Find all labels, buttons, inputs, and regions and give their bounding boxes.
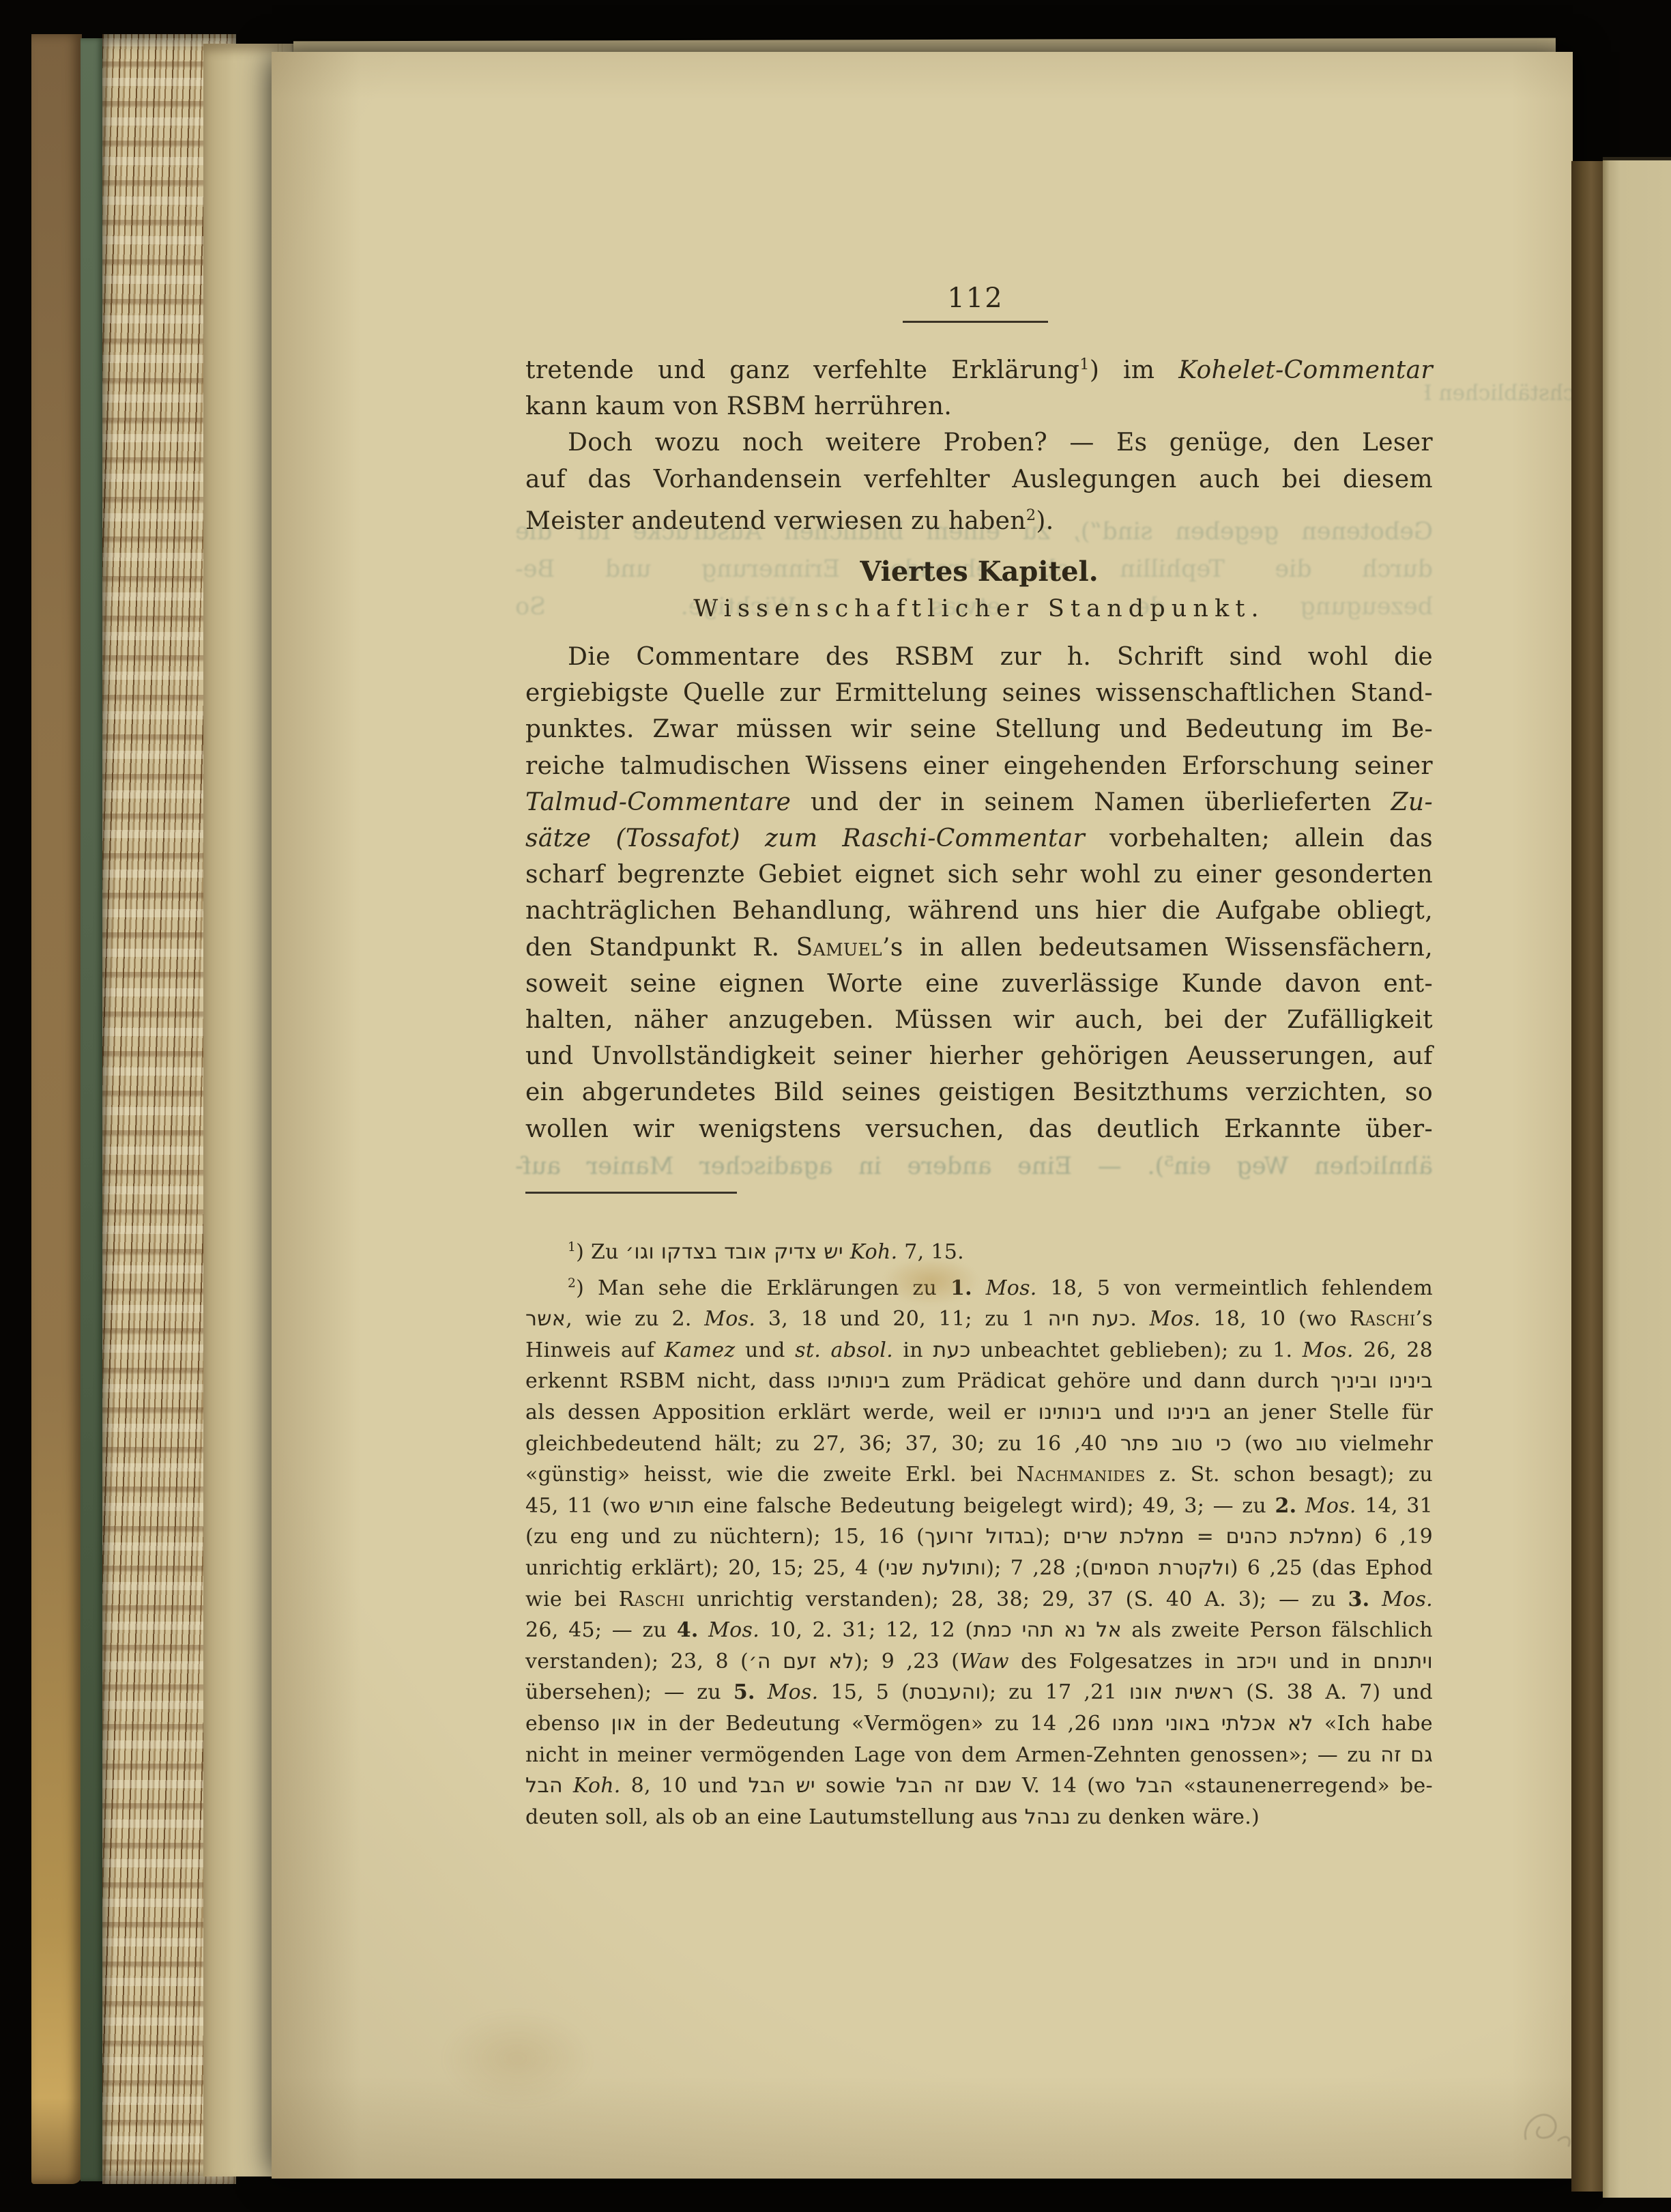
footnote-block: 1) Zu יש צדיק אובד בצדקו וגו׳ Koh. 7, 15…	[525, 1232, 1433, 1833]
paper-stain	[883, 1257, 978, 1305]
book-cover-edge	[31, 34, 82, 2184]
page-number-rule	[903, 321, 1048, 323]
footnote-text-line: 26, 45; — zu 4. Mos. 10, 2. 31; 12, 12 (…	[525, 1615, 1433, 1646]
footnote-text-line: verstanden); 23, 8 (לא זעם ה׳); 23, 9 (W…	[525, 1646, 1433, 1678]
body-text-line: punktes. Zwar müssen wir seine Stellung …	[525, 711, 1433, 747]
footnote-text-line: «günstig» heisst, wie die zweite Erkl. b…	[525, 1459, 1433, 1491]
body-text-line: Talmud-Commentare und der in seinem Name…	[525, 784, 1433, 820]
body-text-line: den Standpunkt R. Samuel’s in allen bede…	[525, 930, 1433, 966]
body-text-line: und Unvollständigkeit seiner hierher geh…	[525, 1038, 1433, 1074]
book-cloth-edge	[81, 38, 104, 2181]
book-fore-edge-stack	[31, 34, 272, 2184]
footnote-text-line: הבל Koh. 8, 10 und יש הבל sowie שגם זה ה…	[525, 1770, 1433, 1802]
chapter-subtitle: Wissenschaftlicher Standpunkt.	[525, 595, 1433, 622]
footnote-text-line: Hinweis auf Kamez und st. absol. in כעת …	[525, 1335, 1433, 1366]
body-text-line: soweit seine eignen Worte eine zuverläss…	[525, 966, 1433, 1002]
body-text-line: ein abgerundetes Bild seines geistigen B…	[525, 1074, 1433, 1110]
footnote-text-line: erkennt RSBM nicht, dass בינותינו zum Pr…	[525, 1366, 1433, 1397]
footnote-text-line: übersehen); — zu 5. Mos. 15, 5 (והעבטת);…	[525, 1677, 1433, 1708]
footnote-text-line: 45, 11 (wo תורש eine falsche Bedeutung b…	[525, 1491, 1433, 1522]
body-text-line: scharf begrenzte Gebiet eignet sich sehr…	[525, 857, 1433, 893]
body-paragraph-block: tretende und ganz verfehlte Erklärung1) …	[525, 347, 1433, 539]
body-text-line: Die Commentare des RSBM zur h. Schrift s…	[525, 639, 1433, 675]
footnote-text-line: wie bei Raschi unrichtig verstanden); 28…	[525, 1584, 1433, 1615]
book-page: Gebotenen gegeben sind“), zu einem bildl…	[272, 52, 1573, 2179]
body-text-line: wollen wir wenigstens versuchen, das deu…	[525, 1111, 1433, 1147]
footnote-text-line: (zu eng und zu nüchtern); 15, 16 (בגדול …	[525, 1521, 1433, 1553]
footnote-text-line: als dessen Apposition erklärt werde, wei…	[525, 1397, 1433, 1428]
footnote-text-line: deuten soll, als ob an eine Lautumstellu…	[525, 1802, 1433, 1833]
body-text-line: Doch wozu noch weitere Proben? — Es genü…	[525, 425, 1433, 461]
footnote-text-line: ebenso און in der Bedeutung «Vermögen» z…	[525, 1708, 1433, 1740]
body-paragraph-block: Die Commentare des RSBM zur h. Schrift s…	[525, 639, 1433, 1147]
footnote-text-line: gleichbedeutend hält; zu 27, 36; 37, 30;…	[525, 1428, 1433, 1460]
body-text-line: halten, näher anzugeben. Müssen wir auch…	[525, 1002, 1433, 1038]
page-gap-shadow	[1571, 161, 1604, 2192]
footnote-text-line: 1) Zu יש צדיק אובד בצדקו וגו׳ Koh. 7, 15…	[525, 1232, 1433, 1268]
scanned-book-photo: { "page_number": "112", "heading": { "ch…	[0, 0, 1671, 2212]
footnote-separator	[525, 1192, 737, 1194]
paper-stain	[442, 2011, 592, 2106]
footnote-text-line: 2) Man sehe die Erklärungen zu 1. Mos. 1…	[525, 1268, 1433, 1304]
body-text-line: reiche talmudischen Wissens einer eingeh…	[525, 748, 1433, 784]
body-text-line: auf das Vorhandensein verfehlter Auslegu…	[525, 461, 1433, 498]
bleed-through-line: ähnlichen Weg ein⁵). — Eine andere in ag…	[515, 1153, 1433, 1180]
body-text-line: tretende und ganz verfehlte Erklärung1) …	[525, 347, 1433, 388]
page-number: 112	[903, 283, 1048, 314]
body-text-line: sätze (Tossafot) zum Raschi-Commentar vo…	[525, 820, 1433, 857]
chapter-heading: Viertes Kapitel.	[525, 556, 1433, 588]
body-text-line: kann kaum von RSBM herrühren.	[525, 388, 1433, 425]
footnote-text-line: nicht in meiner vermögenden Lage von dem…	[525, 1740, 1433, 1771]
body-text-line: Meister andeutend verwiesen zu haben2).	[525, 498, 1433, 539]
footnote-text-line: אשר, wie zu 2. Mos. 3, 18 und 20, 11; zu…	[525, 1304, 1433, 1335]
body-text-line: ergiebigste Quelle zur Ermittelung seine…	[525, 675, 1433, 711]
footnote-text-line: unrichtig erklärt); 20, 15; 25, 4 (ותולע…	[525, 1553, 1433, 1584]
facing-page-edge	[1603, 157, 1671, 2198]
body-text-line: nachträglichen Behandlung, während uns h…	[525, 893, 1433, 929]
